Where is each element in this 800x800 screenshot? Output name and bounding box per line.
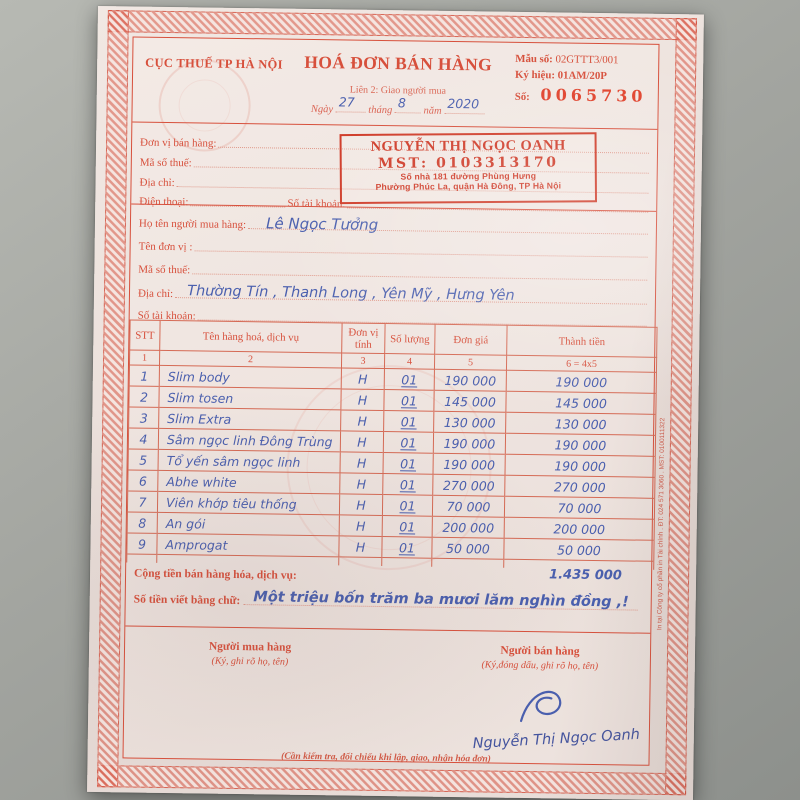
buyer-tax-row: Mã số thuế: (138, 260, 649, 283)
date-day-slot: 27 (336, 102, 366, 112)
issuer-title: CỤC THUẾ TP HÀ NỘI (145, 56, 283, 73)
buyer-unit-label: Tên đơn vị : (139, 241, 193, 254)
seller-signature-note: (Ký,đóng dấu, ghi rõ họ, tên) (440, 659, 640, 673)
seller-signature-scribble (509, 683, 580, 733)
buyer-address-label: Địa chỉ: (138, 288, 173, 300)
col-header-price: Đơn giá (435, 324, 507, 355)
form-number-row: Mẫu số: 02GTTT3/001 (515, 53, 657, 67)
date-line: Ngày 27 tháng 8 năm 2020 (273, 101, 523, 117)
items-table: STT Tên hàng hoá, dịch vụ Đơn vị tính Số… (126, 319, 657, 569)
buyer-tax-label: Mã số thuế: (138, 264, 190, 277)
divider-totals (125, 625, 650, 633)
handwritten-buyer-name: Lê Ngọc Tưởng (266, 214, 378, 234)
col-header-stt: STT (130, 320, 160, 350)
handwritten-total: 1.435 000 (549, 567, 622, 583)
handwritten-day: 27 (339, 94, 355, 109)
seller-tax-label: Mã số thuế: (140, 157, 192, 170)
date-prefix: Ngày (311, 104, 333, 115)
buyer-name-row: Họ tên người mua hàng: Lê Ngọc Tưởng (139, 214, 650, 237)
stamp-address-line2: Phường Phúc La, quận Hà Đông, TP Hà Nội (342, 180, 595, 192)
number-row: Số: 0065730 (515, 85, 657, 106)
invoice-form: CỤC THUẾ TP HÀ NỘI HOÁ ĐƠN BÁN HÀNG Liên… (122, 36, 659, 765)
buyer-signature-note: (Ký, ghi rõ họ, tên) (150, 655, 350, 669)
serial-row: Ký hiệu: 01AM/20P (515, 69, 657, 83)
total-row: Cộng tiền bán hàng hóa, dịch vụ: 1.435 0… (134, 568, 641, 587)
amount-in-words-label: Số tiền viết bằng chữ: (134, 594, 241, 607)
date-year-slot: 2020 (444, 104, 484, 115)
col-header-unit: Đơn vị tính (342, 323, 385, 354)
invoice-number: 0065730 (540, 85, 646, 105)
date-month-slot: 8 (395, 103, 421, 113)
border-ornament-bottom (97, 765, 686, 795)
form-number-label: Mẫu số: (515, 53, 553, 66)
footer-note: (Cần kiểm tra, đối chiếu khi lập, giao, … (123, 749, 648, 766)
border-ornament-top (108, 10, 697, 40)
seller-phone-label: Điện thoại: (139, 196, 188, 209)
serial-label: Ký hiệu: (515, 69, 555, 82)
seller-address-label: Địa chỉ: (139, 177, 174, 189)
buyer-signature-title: Người mua hàng (150, 640, 350, 655)
total-label: Cộng tiền bán hàng hóa, dịch vụ: (134, 568, 297, 582)
seller-signature-block: Người bán hàng (Ký,đóng dấu, ghi rõ họ, … (440, 644, 640, 673)
date-mid: tháng (368, 105, 392, 116)
col-header-name: Tên hàng hoá, dịch vụ (160, 320, 342, 353)
serial-value: 01AM/20P (558, 69, 607, 82)
seller-unit-label: Đơn vị bán hàng: (140, 137, 217, 150)
buyer-address-row: Địa chỉ: Thường Tín , Thanh Long , Yên M… (138, 284, 649, 307)
divider-header (132, 121, 657, 129)
invoice-meta: Mẫu số: 02GTTT3/001 Ký hiệu: 01AM/20P Số… (515, 53, 658, 110)
col-header-qty: Số lượng (385, 324, 435, 355)
form-number-value: 02GTTT3/001 (555, 53, 618, 66)
border-ornament-right (665, 18, 697, 795)
seller-account-label: Số tài khoản: (287, 198, 345, 211)
stamp-seller-name: NGUYỄN THỊ NGỌC OANH (342, 137, 595, 156)
number-label: Số: (515, 91, 530, 103)
buyer-signature-block: Người mua hàng (Ký, ghi rõ họ, tên) (150, 640, 350, 669)
stamp-tax-id: MST: 0103313170 (342, 154, 595, 172)
buyer-name-label: Họ tên người mua hàng: (139, 218, 246, 231)
handwritten-buyer-address: Thường Tín , Thanh Long , Yên Mỹ , Hưng … (187, 283, 515, 304)
invoice-title: HOÁ ĐƠN BÁN HÀNG (273, 51, 523, 75)
col-header-amount: Thành tiền (507, 325, 657, 357)
handwritten-year: 2020 (447, 96, 479, 111)
buyer-unit-row: Tên đơn vị : (139, 237, 650, 260)
invoice-paper: CỤC THUẾ TP HÀ NỘI HOÁ ĐƠN BÁN HÀNG Liên… (87, 6, 704, 800)
amount-in-words-row: Số tiền viết bằng chữ: Một triệu bốn tră… (134, 594, 641, 613)
date-suffix: năm (423, 106, 441, 117)
handwritten-amount-in-words: Một triệu bốn trăm ba mươi lăm nghìn đồn… (253, 589, 629, 610)
seller-stamp: NGUYỄN THỊ NGỌC OANH MST: 0103313170 Số … (340, 132, 597, 204)
seller-signature-title: Người bán hàng (440, 644, 640, 659)
handwritten-month: 8 (398, 95, 406, 110)
